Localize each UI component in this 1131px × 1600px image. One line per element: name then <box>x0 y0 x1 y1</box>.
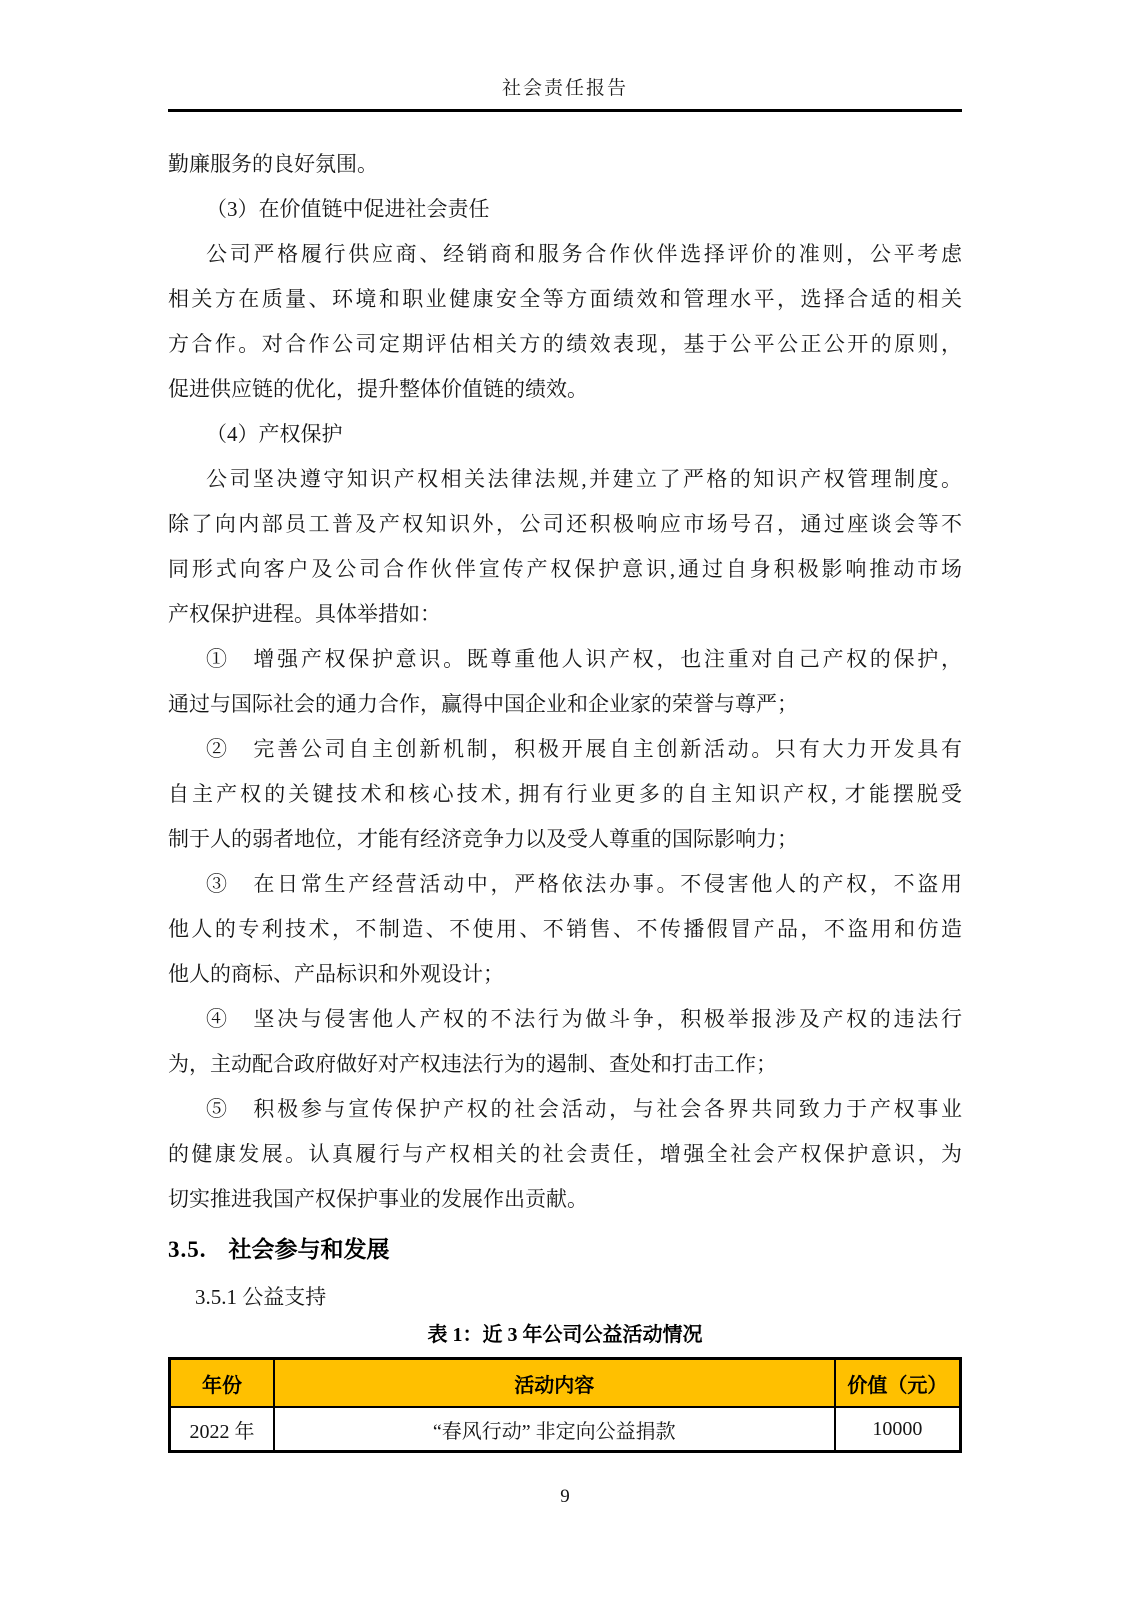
table-header-value: 价值（元） <box>835 1359 961 1408</box>
body-line: 促进供应链的优化，提升整体价值链的绩效。 <box>168 367 962 412</box>
header-rule <box>168 109 962 112</box>
section-heading-3-5: 3.5.社会参与和发展 <box>168 1234 962 1266</box>
body-line: 的健康发展。认真履行与产权相关的社会责任，增强全社会产权保护意识，为 <box>168 1132 962 1177</box>
body-line: ① 增强产权保护意识。既尊重他人识产权，也注重对自己产权的保护， <box>168 637 962 682</box>
body-line: 自主产权的关键技术和核心技术, 拥有行业更多的自主知识产权, 才能摆脱受 <box>168 772 962 817</box>
page-number: 9 <box>168 1485 962 1509</box>
body-line: （3）在价值链中促进社会责任 <box>168 187 962 232</box>
body-line: 通过与国际社会的通力合作，赢得中国企业和企业家的荣誉与尊严； <box>168 682 962 727</box>
table-cell-content: “春风行动” 非定向公益捐款 <box>274 1407 835 1452</box>
body-line: 切实推进我国产权保护事业的发展作出贡献。 <box>168 1177 962 1222</box>
body-line: 制于人的弱者地位，才能有经济竞争力以及受人尊重的国际影响力； <box>168 817 962 862</box>
body-line: 为，主动配合政府做好对产权违法行为的遏制、查处和打击工作； <box>168 1042 962 1087</box>
table-row: 2022 年 “春风行动” 非定向公益捐款 10000 <box>170 1407 961 1452</box>
public-welfare-table: 年份 活动内容 价值（元） 2022 年 “春风行动” 非定向公益捐款 1000… <box>168 1357 962 1453</box>
body-line: （4）产权保护 <box>168 412 962 457</box>
body-line: 公司坚决遵守知识产权相关法律法规,并建立了严格的知识产权管理制度。 <box>168 457 962 502</box>
body-text: 勤廉服务的良好氛围。 （3）在价值链中促进社会责任 公司严格履行供应商、经销商和… <box>168 142 962 1222</box>
body-line: 勤廉服务的良好氛围。 <box>168 142 962 187</box>
page-header: 社会责任报告 <box>168 74 962 112</box>
body-line: 同形式向客户及公司合作伙伴宣传产权保护意识,通过自身积极影响推动市场 <box>168 547 962 592</box>
body-line: 他人的专利技术，不制造、不使用、不销售、不传播假冒产品，不盗用和仿造 <box>168 907 962 952</box>
table-header-content: 活动内容 <box>274 1359 835 1408</box>
body-line: ② 完善公司自主创新机制，积极开展自主创新活动。只有大力开发具有 <box>168 727 962 772</box>
table-header-year: 年份 <box>170 1359 274 1408</box>
body-line: 方合作。对合作公司定期评估相关方的绩效表现，基于公平公正公开的原则， <box>168 322 962 367</box>
report-page: 社会责任报告 勤廉服务的良好氛围。 （3）在价值链中促进社会责任 公司严格履行供… <box>0 0 1131 1600</box>
subsection-heading-3-5-1: 3.5.1 公益支持 <box>168 1282 962 1312</box>
section-number: 3.5. <box>168 1237 207 1262</box>
table-caption: 表 1：近 3 年公司公益活动情况 <box>168 1321 962 1349</box>
table-cell-year: 2022 年 <box>170 1407 274 1452</box>
table-cell-value: 10000 <box>835 1407 961 1452</box>
page-header-title: 社会责任报告 <box>168 74 962 104</box>
body-line: 除了向内部员工普及产权知识外，公司还积极响应市场号召，通过座谈会等不 <box>168 502 962 547</box>
section-title: 社会参与和发展 <box>229 1237 390 1262</box>
body-line: 他人的商标、产品标识和外观设计； <box>168 952 962 997</box>
body-line: ⑤ 积极参与宣传保护产权的社会活动，与社会各界共同致力于产权事业 <box>168 1087 962 1132</box>
body-line: 相关方在质量、环境和职业健康安全等方面绩效和管理水平，选择合适的相关 <box>168 277 962 322</box>
body-line: ④ 坚决与侵害他人产权的不法行为做斗争，积极举报涉及产权的违法行 <box>168 997 962 1042</box>
table-header-row: 年份 活动内容 价值（元） <box>170 1359 961 1408</box>
body-line: 产权保护进程。具体举措如： <box>168 592 962 637</box>
body-line: 公司严格履行供应商、经销商和服务合作伙伴选择评价的准则，公平考虑 <box>168 232 962 277</box>
body-line: ③ 在日常生产经营活动中，严格依法办事。不侵害他人的产权，不盗用 <box>168 862 962 907</box>
